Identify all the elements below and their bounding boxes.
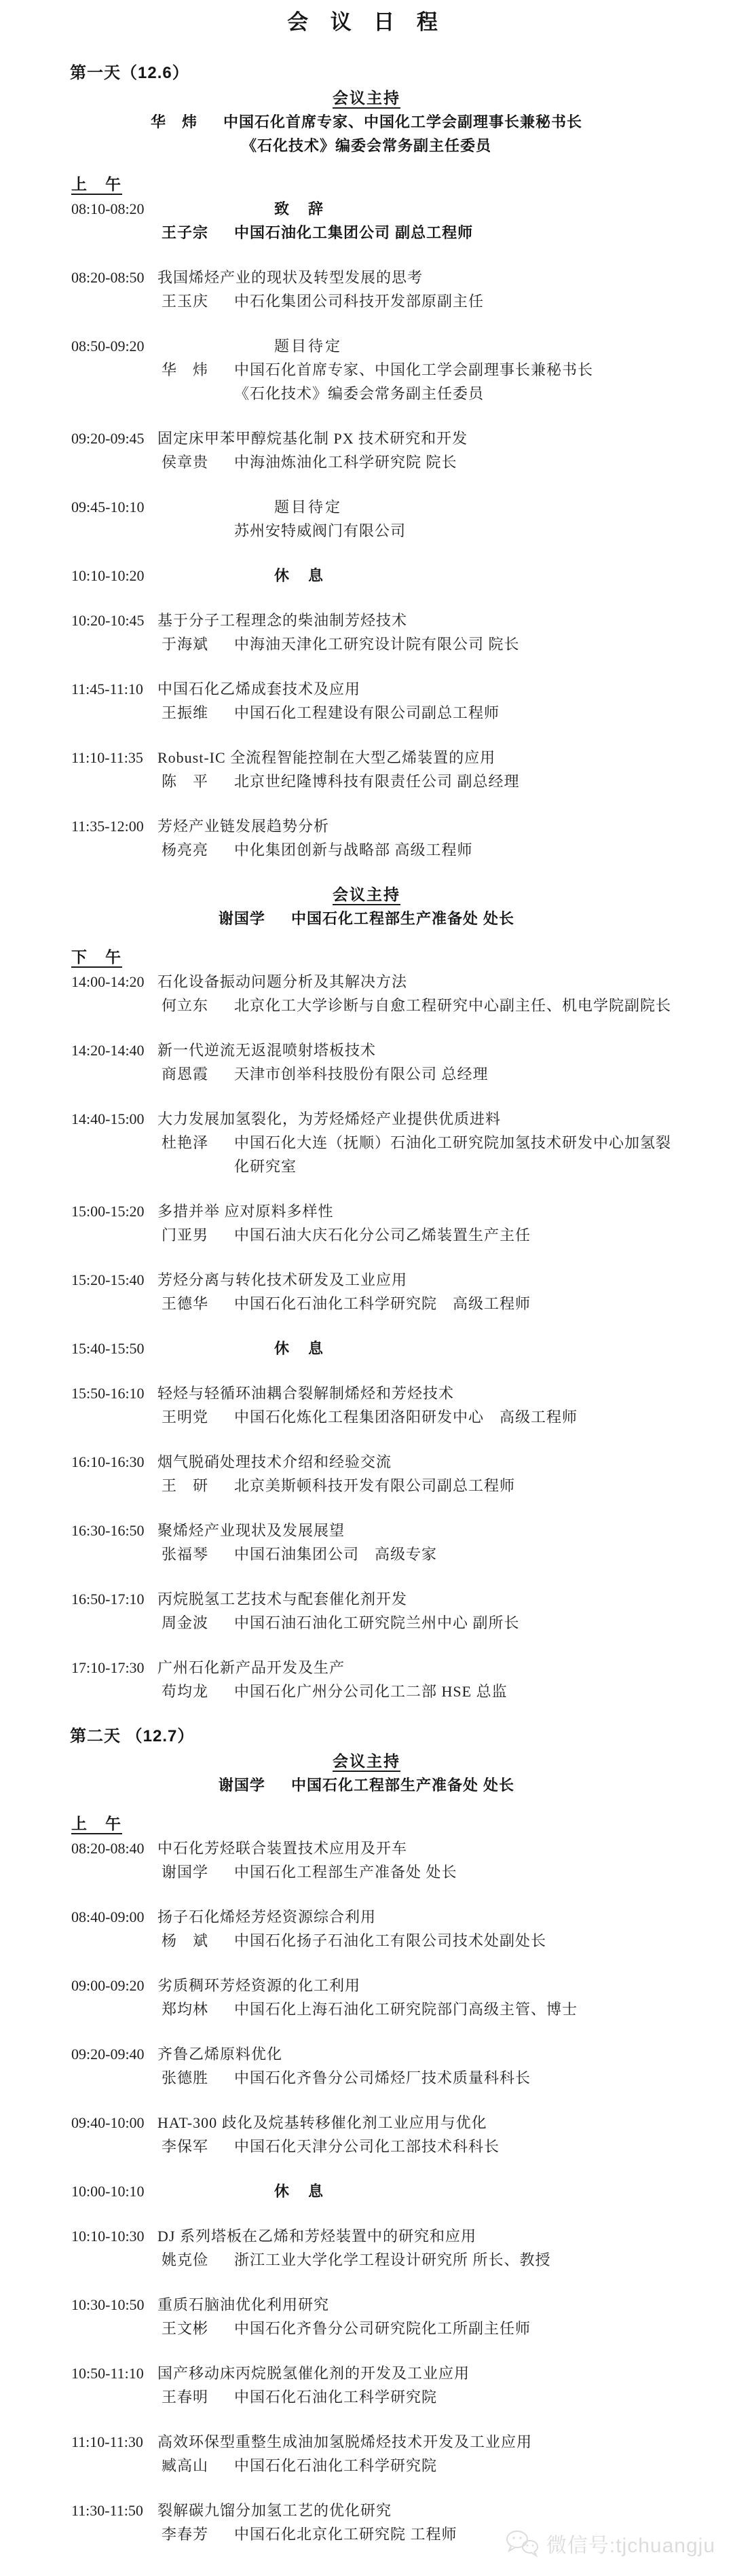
speaker-row: 门亚男中国石油大庆石化分公司乙烯装置生产主任 xyxy=(0,1223,733,1247)
section-heading: 上 午 xyxy=(0,1812,733,1836)
host-speaker-line: 华 炜中国石化首席专家、中国化工学会副理事长兼秘书长 xyxy=(0,110,733,134)
talk-time: 16:50-17:10 xyxy=(71,1587,157,1611)
section-heading-label: 上 午 xyxy=(71,1815,122,1834)
talk-title: 题目待定 xyxy=(274,338,342,355)
speaker-name: 王春明 xyxy=(162,2385,234,2409)
talk-entry: 15:20-15:40芳烃分离与转化技术研发及工业应用王德华中国石化石油化工科学… xyxy=(0,1268,733,1316)
speaker-affiliation: 中国石化工程部生产准备处 处长 xyxy=(234,1864,457,1881)
talk-title: 中石化芳烃联合装置技术应用及开车 xyxy=(157,1840,407,1857)
speaker-name: 张福琴 xyxy=(162,1542,234,1566)
ceremony-label: 致 辞 xyxy=(274,200,325,217)
session-host-block: 会议主持谢国学中国石化工程部生产准备处 处长 xyxy=(0,1749,733,1797)
talk-title: 广州石化新产品开发及生产 xyxy=(157,1659,345,1676)
talk-title-row: 10:10-10:30DJ 系列塔板在乙烯和芳烃装置中的研究和应用 xyxy=(0,2224,733,2248)
talk-title-row: 14:20-14:40新一代逆流无返混喷射塔板技术 xyxy=(0,1038,733,1062)
host-speaker-affiliation: 《石化技术》编委会常务副主任委员 xyxy=(242,137,491,154)
talk-title-row: 10:50-11:10国产移动床丙烷脱氢催化剂的开发及工业应用 xyxy=(0,2361,733,2385)
talk-time: 08:40-09:00 xyxy=(71,1905,157,1929)
talk-entry: 11:10-11:35Robust-IC 全流程智能控制在大型乙烯装置的应用陈 … xyxy=(0,746,733,793)
speaker-row: 苏州安特威阀门有限公司 xyxy=(0,519,733,543)
host-speaker-line: 《石化技术》编委会常务副主任委员 xyxy=(0,134,733,158)
speaker-affiliation: 北京世纪隆博科技有限责任公司 副总经理 xyxy=(234,773,520,790)
talk-title-row: 11:35-12:00芳烃产业链发展趋势分析 xyxy=(0,814,733,838)
talk-entry: 09:20-09:40齐鲁乙烯原料优化张德胜中国石化齐鲁分公司烯烃厂技术质量科科… xyxy=(0,2042,733,2090)
speaker-row: 臧高山中国石化石油化工科学研究院 xyxy=(0,2454,733,2478)
break-time: 10:10-10:20 xyxy=(71,564,157,587)
break-label: 休 息 xyxy=(274,567,325,584)
speaker-affiliation: 中海油天津化工研究设计院有限公司 院长 xyxy=(234,636,520,653)
day-heading: 第一天（12.6） xyxy=(0,61,733,85)
talk-title-row: 11:45-11:10中国石化乙烯成套技术及应用 xyxy=(0,677,733,701)
host-speaker-affiliation: 中国石化工程部生产准备处 处长 xyxy=(291,910,514,927)
talk-time: 11:10-11:30 xyxy=(71,2430,157,2454)
talk-title: 新一代逆流无返混喷射塔板技术 xyxy=(157,1042,376,1059)
section-heading: 下 午 xyxy=(0,945,733,969)
talk-title: 基于分子工程理念的柴油制芳烃技术 xyxy=(157,612,407,629)
talk-entry: 16:30-16:50聚烯烃产业现状及发展展望张福琴中国石油集团公司 高级专家 xyxy=(0,1519,733,1566)
speaker-row: 王春明中国石化石油化工科学研究院 xyxy=(0,2385,733,2409)
break-row: 10:00-10:10休 息 xyxy=(0,2179,733,2203)
speaker-name: 郑均林 xyxy=(162,1997,234,2021)
break-time: 10:00-10:10 xyxy=(71,2179,157,2203)
agenda-document: 会 议 日 程 第一天（12.6）会议主持华 炜中国石化首席专家、中国化工学会副… xyxy=(0,0,733,2576)
day-heading: 第二天 （12.7） xyxy=(0,1724,733,1748)
talk-entry: 09:40-10:00HAT-300 歧化及烷基转移催化剂工业应用与优化李保军中… xyxy=(0,2111,733,2158)
talk-entry: 16:50-17:10丙烷脱氢工艺技术与配套催化剂开发周金波中国石油石油化工研究… xyxy=(0,1587,733,1635)
speaker-affiliation: 中国石化石油化工科学研究院 xyxy=(234,2389,437,2406)
speaker-affiliation: 中国石化炼化工程集团洛阳研发中心 高级工程师 xyxy=(234,1409,578,1426)
speaker-row: 《石化技术》编委会常务副主任委员 xyxy=(0,382,733,405)
talk-time: 16:10-16:30 xyxy=(71,1450,157,1474)
speaker-row: 谢国学中国石化工程部生产准备处 处长 xyxy=(0,1860,733,1884)
speaker-row: 杨亮亮中化集团创新与战略部 高级工程师 xyxy=(0,838,733,862)
talk-title: Robust-IC 全流程智能控制在大型乙烯装置的应用 xyxy=(157,749,495,766)
speaker-name: 王子宗 xyxy=(162,221,234,244)
talk-time: 09:45-10:10 xyxy=(71,495,157,519)
talk-time: 09:20-09:45 xyxy=(71,427,157,450)
talk-entry: 08:50-09:20题目待定华 炜中国石化首席专家、中国化工学会副理事长兼秘书… xyxy=(0,334,733,405)
talk-title: 我国烯烃产业的现状及转型发展的思考 xyxy=(157,269,423,286)
talk-title: 轻烃与轻循环油耦合裂解制烯烃和芳烃技术 xyxy=(157,1385,454,1402)
talk-title-row: 15:20-15:40芳烃分离与转化技术研发及工业应用 xyxy=(0,1268,733,1292)
session-host-heading: 会议主持 xyxy=(0,86,733,110)
talk-title-row: 09:00-09:20劣质稠环芳烃资源的化工利用 xyxy=(0,1974,733,1997)
speaker-row: 王振维中国石化工程建设有限公司副总工程师 xyxy=(0,701,733,725)
speaker-row: 王明党中国石化炼化工程集团洛阳研发中心 高级工程师 xyxy=(0,1405,733,1429)
speaker-affiliation: 中国石化工程建设有限公司副总工程师 xyxy=(234,704,500,721)
speaker-affiliation: 中国石化石油化工科学研究院 高级工程师 xyxy=(234,1295,531,1312)
talk-title-row: 16:30-16:50聚烯烃产业现状及发展展望 xyxy=(0,1519,733,1542)
speaker-name: 杨 斌 xyxy=(162,1929,234,1953)
speaker-name: 臧高山 xyxy=(162,2454,234,2478)
talk-title-row: 14:00-14:20石化设备振动问题分析及其解决方法 xyxy=(0,970,733,994)
talk-title: 劣质稠环芳烃资源的化工利用 xyxy=(157,1977,360,1994)
talk-title-row: 08:50-09:20题目待定 xyxy=(0,334,733,358)
talk-title-row: 09:20-09:40齐鲁乙烯原料优化 xyxy=(0,2042,733,2066)
talk-title: 芳烃产业链发展趋势分析 xyxy=(157,818,329,835)
speaker-affiliation: 中国石化天津分公司化工部技术科科长 xyxy=(234,2138,500,2155)
speaker-row: 华 炜中国石化首席专家、中国化工学会副理事长兼秘书长 xyxy=(0,358,733,382)
session-host-block: 会议主持华 炜中国石化首席专家、中国化工学会副理事长兼秘书长《石化技术》编委会常… xyxy=(0,86,733,158)
talk-time: 08:20-08:50 xyxy=(71,266,157,289)
talk-time: 10:30-10:50 xyxy=(71,2293,157,2317)
talk-title: 聚烯烃产业现状及发展展望 xyxy=(157,1522,345,1539)
talk-entry: 10:50-11:10国产移动床丙烷脱氢催化剂的开发及工业应用王春明中国石化石油… xyxy=(0,2361,733,2409)
talk-title: 芳烃分离与转化技术研发及工业应用 xyxy=(157,1271,407,1288)
section-heading-label: 上 午 xyxy=(71,175,122,195)
speaker-name: 王振维 xyxy=(162,701,234,725)
speaker-row: 王玉庆中石化集团公司科技开发部原副主任 xyxy=(0,289,733,313)
talk-entry: 09:45-10:10题目待定苏州安特威阀门有限公司 xyxy=(0,495,733,543)
talk-title-row: 09:40-10:00HAT-300 歧化及烷基转移催化剂工业应用与优化 xyxy=(0,2111,733,2135)
session-host-heading-label: 会议主持 xyxy=(333,89,400,109)
speaker-affiliation: 天津市创举科技股份有限公司 总经理 xyxy=(234,1066,489,1083)
speaker-name: 苟均龙 xyxy=(162,1680,234,1703)
host-speaker-line: 谢国学中国石化工程部生产准备处 处长 xyxy=(0,907,733,930)
talk-title-row: 08:10-08:20致 辞 xyxy=(0,197,733,221)
talk-title: 裂解碳九馏分加氢工艺的优化研究 xyxy=(157,2502,392,2519)
speaker-row: 王文彬中国石化齐鲁分公司研究院化工所副主任师 xyxy=(0,2317,733,2340)
speaker-affiliation: 浙江工业大学化学工程设计研究所 所长、教授 xyxy=(234,2251,551,2268)
talk-title-row: 10:20-10:45基于分子工程理念的柴油制芳烃技术 xyxy=(0,609,733,632)
host-speaker-affiliation: 中国石化工程部生产准备处 处长 xyxy=(291,1777,514,1794)
speaker-name: 杜艳泽 xyxy=(162,1131,234,1155)
section-heading: 上 午 xyxy=(0,173,733,196)
speaker-name: 王德华 xyxy=(162,1292,234,1316)
speaker-row: 王 研北京美斯顿科技开发有限公司副总工程师 xyxy=(0,1474,733,1498)
talk-time: 15:50-16:10 xyxy=(71,1381,157,1405)
break-row: 15:40-15:50休 息 xyxy=(0,1337,733,1360)
speaker-name: 陈 平 xyxy=(162,769,234,793)
talk-time: 11:45-11:10 xyxy=(71,677,157,701)
speaker-row: 周金波中国石油石油化工研究院兰州中心 副所长 xyxy=(0,1611,733,1635)
speaker-name: 门亚男 xyxy=(162,1223,234,1247)
speaker-affiliation: 中国石化大连（抚顺）石油化工研究院加氢技术研发中心加氢裂 xyxy=(234,1134,671,1151)
talk-entry: 15:00-15:20多措并举 应对原料多样性门亚男中国石油大庆石化分公司乙烯装… xyxy=(0,1199,733,1247)
speaker-name: 谢国学 xyxy=(162,1860,234,1884)
talk-entry: 09:20-09:45固定床甲苯甲醇烷基化制 PX 技术研究和开发侯章贵中海油炼… xyxy=(0,427,733,474)
speaker-name: 王明党 xyxy=(162,1405,234,1429)
speaker-affiliation: 中国石化石油化工科学研究院 xyxy=(234,2457,437,2474)
talk-title-row: 17:10-17:30广州石化新产品开发及生产 xyxy=(0,1656,733,1680)
speaker-affiliation: 中石化集团公司科技开发部原副主任 xyxy=(234,293,484,310)
talk-entry: 11:10-11:30高效环保型重整生成油加氢脱烯烃技术开发及工业应用臧高山中国… xyxy=(0,2430,733,2478)
break-row: 10:10-10:20休 息 xyxy=(0,564,733,587)
speaker-affiliation: 北京美斯顿科技开发有限公司副总工程师 xyxy=(234,1477,515,1494)
talk-time: 09:00-09:20 xyxy=(71,1974,157,1997)
talk-time: 08:50-09:20 xyxy=(71,334,157,358)
host-speaker-affiliation: 中国石化首席专家、中国化工学会副理事长兼秘书长 xyxy=(223,113,582,130)
talk-title: 烟气脱硝处理技术介绍和经验交流 xyxy=(157,1453,392,1470)
speaker-name: 王文彬 xyxy=(162,2317,234,2340)
talk-entry: 17:10-17:30广州石化新产品开发及生产苟均龙中国石化广州分公司化工二部 … xyxy=(0,1656,733,1703)
talk-title-row: 08:20-08:50我国烯烃产业的现状及转型发展的思考 xyxy=(0,266,733,289)
speaker-affiliation: 中化集团创新与战略部 高级工程师 xyxy=(234,841,473,858)
speaker-affiliation-continued: 化研究室 xyxy=(0,1155,733,1178)
session-host-heading-label: 会议主持 xyxy=(333,1752,400,1772)
talk-title: 扬子石化烯烃芳烃资源综合利用 xyxy=(157,1908,376,1925)
talk-title-row: 09:45-10:10题目待定 xyxy=(0,495,733,519)
talk-title: 中国石化乙烯成套技术及应用 xyxy=(157,681,360,697)
speaker-row: 杜艳泽中国石化大连（抚顺）石油化工研究院加氢技术研发中心加氢裂 xyxy=(0,1131,733,1155)
wechat-watermark: 微信号:tjchuangju xyxy=(504,2528,715,2558)
speaker-row: 侯章贵中海油炼油化工科学研究院 院长 xyxy=(0,450,733,474)
talk-entry: 10:30-10:50重质石脑油优化利用研究王文彬中国石化齐鲁分公司研究院化工所… xyxy=(0,2293,733,2340)
speaker-affiliation: 中国石化齐鲁分公司烯烃厂技术质量科科长 xyxy=(234,2069,531,2086)
talk-title: DJ 系列塔板在乙烯和芳烃装置中的研究和应用 xyxy=(157,2228,476,2245)
speaker-row: 郑均林中国石化上海石油化工研究院部门高级主管、博士 xyxy=(0,1997,733,2021)
talk-title: 高效环保型重整生成油加氢脱烯烃技术开发及工业应用 xyxy=(157,2433,532,2450)
talk-title-row: 09:20-09:45固定床甲苯甲醇烷基化制 PX 技术研究和开发 xyxy=(0,427,733,450)
session-host-heading-label: 会议主持 xyxy=(333,886,400,905)
speaker-name: 华 炜 xyxy=(162,358,234,382)
speaker-name: 李春芳 xyxy=(162,2522,234,2546)
speaker-name: 李保军 xyxy=(162,2135,234,2158)
speaker-row: 陈 平北京世纪隆博科技有限责任公司 副总经理 xyxy=(0,769,733,793)
talk-entry: 14:00-14:20石化设备振动问题分析及其解决方法何立东北京化工大学诊断与自… xyxy=(0,970,733,1017)
talk-title-row: 11:10-11:30高效环保型重整生成油加氢脱烯烃技术开发及工业应用 xyxy=(0,2430,733,2454)
wechat-icon xyxy=(504,2529,540,2558)
talk-time: 08:20-08:40 xyxy=(71,1836,157,1860)
session-host-block: 会议主持谢国学中国石化工程部生产准备处 处长 xyxy=(0,883,733,930)
speaker-row: 何立东北京化工大学诊断与自愈工程研究中心副主任、机电学院副院长 xyxy=(0,994,733,1017)
speaker-name: 于海斌 xyxy=(162,632,234,656)
speaker-row: 姚克俭浙江工业大学化学工程设计研究所 所长、教授 xyxy=(0,2248,733,2272)
speaker-affiliation: 苏州安特威阀门有限公司 xyxy=(234,522,406,539)
speaker-affiliation: 中国石化广州分公司化工二部 HSE 总监 xyxy=(234,1683,508,1700)
speaker-name: 王 研 xyxy=(162,1474,234,1498)
wechat-id: 微信号:tjchuangju xyxy=(546,2528,715,2558)
talk-title-row: 11:30-11:50裂解碳九馏分加氢工艺的优化研究 xyxy=(0,2499,733,2522)
talk-title-row: 16:50-17:10丙烷脱氢工艺技术与配套催化剂开发 xyxy=(0,1587,733,1611)
talk-time: 14:20-14:40 xyxy=(71,1038,157,1062)
talk-title-row: 14:40-15:00大力发展加氢裂化，为芳烃烯烃产业提供优质进料 xyxy=(0,1107,733,1131)
speaker-name: 姚克俭 xyxy=(162,2248,234,2272)
break-label: 休 息 xyxy=(274,1340,325,1357)
talk-entry: 08:40-09:00扬子石化烯烃芳烃资源综合利用杨 斌中国石化扬子石油化工有限… xyxy=(0,1905,733,1953)
speaker-affiliation: 中国石化齐鲁分公司研究院化工所副主任师 xyxy=(234,2320,531,2337)
talk-entry: 14:40-15:00大力发展加氢裂化，为芳烃烯烃产业提供优质进料杜艳泽中国石化… xyxy=(0,1107,733,1178)
speaker-affiliation: 中国石化扬子石油化工有限公司技术处副处长 xyxy=(234,1932,546,1949)
speaker-name: 王玉庆 xyxy=(162,289,234,313)
speaker-affiliation: 中国石化上海石油化工研究院部门高级主管、博士 xyxy=(234,2001,578,2018)
break-entry: 15:40-15:50休 息 xyxy=(0,1337,733,1360)
talk-time: 15:20-15:40 xyxy=(71,1268,157,1292)
talk-title: 固定床甲苯甲醇烷基化制 PX 技术研究和开发 xyxy=(157,430,468,447)
schedule: 第一天（12.6）会议主持华 炜中国石化首席专家、中国化工学会副理事长兼秘书长《… xyxy=(0,61,733,2546)
speaker-affiliation: 《石化技术》编委会常务副主任委员 xyxy=(234,385,484,402)
talk-title: HAT-300 歧化及烷基转移催化剂工业应用与优化 xyxy=(157,2114,487,2131)
page-title: 会 议 日 程 xyxy=(0,8,733,37)
speaker-row: 商恩霞天津市创举科技股份有限公司 总经理 xyxy=(0,1062,733,1086)
speaker-affiliation: 中国石油大庆石化分公司乙烯装置生产主任 xyxy=(234,1227,531,1244)
talk-time: 09:20-09:40 xyxy=(71,2042,157,2066)
ceremony-entry: 08:10-08:20致 辞王子宗中国石油化工集团公司 副总工程师 xyxy=(0,197,733,244)
talk-title: 丙烷脱氢工艺技术与配套催化剂开发 xyxy=(157,1591,407,1608)
speaker-name: 周金波 xyxy=(162,1611,234,1635)
break-time: 15:40-15:50 xyxy=(71,1337,157,1360)
talk-time: 10:20-10:45 xyxy=(71,609,157,632)
talk-entry: 11:45-11:10中国石化乙烯成套技术及应用王振维中国石化工程建设有限公司副… xyxy=(0,677,733,725)
speaker-affiliation: 中国石油石油化工研究院兰州中心 副所长 xyxy=(234,1614,520,1631)
break-entry: 10:00-10:10休 息 xyxy=(0,2179,733,2203)
talk-time: 16:30-16:50 xyxy=(71,1519,157,1542)
talk-time: 14:40-15:00 xyxy=(71,1107,157,1131)
talk-entry: 09:00-09:20劣质稠环芳烃资源的化工利用郑均林中国石化上海石油化工研究院… xyxy=(0,1974,733,2021)
talk-time: 11:10-11:35 xyxy=(71,746,157,769)
talk-title-row: 08:40-09:00扬子石化烯烃芳烃资源综合利用 xyxy=(0,1905,733,1929)
session-host-heading: 会议主持 xyxy=(0,1749,733,1773)
talk-entry: 08:20-08:40中石化芳烃联合装置技术应用及开车谢国学中国石化工程部生产准… xyxy=(0,1836,733,1884)
host-speaker-line: 谢国学中国石化工程部生产准备处 处长 xyxy=(0,1773,733,1797)
speaker-affiliation: 中海油炼油化工科学研究院 院长 xyxy=(234,454,457,471)
talk-time: 08:10-08:20 xyxy=(71,197,157,221)
speaker-row: 苟均龙中国石化广州分公司化工二部 HSE 总监 xyxy=(0,1680,733,1703)
talk-title: 题目待定 xyxy=(274,498,342,515)
speaker-row: 李保军中国石化天津分公司化工部技术科科长 xyxy=(0,2135,733,2158)
speaker-row: 杨 斌中国石化扬子石油化工有限公司技术处副处长 xyxy=(0,1929,733,1953)
speaker-name: 张德胜 xyxy=(162,2066,234,2090)
break-entry: 10:10-10:20休 息 xyxy=(0,564,733,587)
talk-entry: 15:50-16:10轻烃与轻循环油耦合裂解制烯烃和芳烃技术王明党中国石化炼化工… xyxy=(0,1381,733,1429)
speaker-row: 于海斌中海油天津化工研究设计院有限公司 院长 xyxy=(0,632,733,656)
talk-time: 14:00-14:20 xyxy=(71,970,157,994)
talk-time: 10:50-11:10 xyxy=(71,2361,157,2385)
speaker-affiliation: 北京化工大学诊断与自愈工程研究中心副主任、机电学院副院长 xyxy=(234,997,671,1014)
host-speaker-name: 谢国学 xyxy=(219,1777,265,1794)
talk-entry: 10:20-10:45基于分子工程理念的柴油制芳烃技术于海斌中海油天津化工研究设… xyxy=(0,609,733,656)
speaker-name: 商恩霞 xyxy=(162,1062,234,1086)
break-label: 休 息 xyxy=(274,2183,325,2200)
talk-time: 17:10-17:30 xyxy=(71,1656,157,1680)
talk-entry: 10:10-10:30DJ 系列塔板在乙烯和芳烃装置中的研究和应用姚克俭浙江工业… xyxy=(0,2224,733,2272)
talk-title-row: 11:10-11:35Robust-IC 全流程智能控制在大型乙烯装置的应用 xyxy=(0,746,733,769)
speaker-name: 杨亮亮 xyxy=(162,838,234,862)
talk-title: 国产移动床丙烷脱氢催化剂的开发及工业应用 xyxy=(157,2365,470,2382)
talk-title: 石化设备振动问题分析及其解决方法 xyxy=(157,973,407,990)
talk-title: 多措并举 应对原料多样性 xyxy=(157,1203,334,1220)
talk-time: 11:30-11:50 xyxy=(71,2499,157,2522)
talk-title-row: 10:30-10:50重质石脑油优化利用研究 xyxy=(0,2293,733,2317)
talk-time: 10:10-10:30 xyxy=(71,2224,157,2248)
talk-title: 重质石脑油优化利用研究 xyxy=(157,2296,329,2313)
talk-time: 11:35-12:00 xyxy=(71,814,157,838)
speaker-row: 张德胜中国石化齐鲁分公司烯烃厂技术质量科科长 xyxy=(0,2066,733,2090)
talk-title-row: 15:00-15:20多措并举 应对原料多样性 xyxy=(0,1199,733,1223)
speaker-name: 何立东 xyxy=(162,994,234,1017)
talk-title: 齐鲁乙烯原料优化 xyxy=(157,2046,282,2063)
talk-entry: 14:20-14:40新一代逆流无返混喷射塔板技术商恩霞天津市创举科技股份有限公… xyxy=(0,1038,733,1086)
speaker-affiliation: 中国石油集团公司 高级专家 xyxy=(234,1546,437,1563)
speaker-row: 王德华中国石化石油化工科学研究院 高级工程师 xyxy=(0,1292,733,1316)
talk-entry: 08:20-08:50我国烯烃产业的现状及转型发展的思考王玉庆中石化集团公司科技… xyxy=(0,266,733,313)
speaker-affiliation: 中国石化首席专家、中国化工学会副理事长兼秘书长 xyxy=(234,361,593,378)
talk-title-row: 15:50-16:10轻烃与轻循环油耦合裂解制烯烃和芳烃技术 xyxy=(0,1381,733,1405)
talk-time: 09:40-10:00 xyxy=(71,2111,157,2135)
speaker-affiliation: 中国石化北京化工研究院 工程师 xyxy=(234,2526,457,2543)
talk-entry: 16:10-16:30烟气脱硝处理技术介绍和经验交流王 研北京美斯顿科技开发有限… xyxy=(0,1450,733,1498)
speaker-row: 王子宗中国石油化工集团公司 副总工程师 xyxy=(0,221,733,244)
talk-time: 15:00-15:20 xyxy=(71,1199,157,1223)
host-speaker-name: 华 炜 xyxy=(151,113,198,130)
speaker-name: 侯章贵 xyxy=(162,450,234,474)
talk-entry: 11:35-12:00芳烃产业链发展趋势分析杨亮亮中化集团创新与战略部 高级工程… xyxy=(0,814,733,862)
speaker-row: 张福琴中国石油集团公司 高级专家 xyxy=(0,1542,733,1566)
session-host-heading: 会议主持 xyxy=(0,883,733,907)
talk-title-row: 08:20-08:40中石化芳烃联合装置技术应用及开车 xyxy=(0,1836,733,1860)
talk-title-row: 16:10-16:30烟气脱硝处理技术介绍和经验交流 xyxy=(0,1450,733,1474)
speaker-affiliation: 中国石油化工集团公司 副总工程师 xyxy=(234,224,473,241)
host-speaker-name: 谢国学 xyxy=(219,910,265,927)
section-heading-label: 下 午 xyxy=(71,948,122,968)
talk-title: 大力发展加氢裂化，为芳烃烯烃产业提供优质进料 xyxy=(157,1110,501,1127)
